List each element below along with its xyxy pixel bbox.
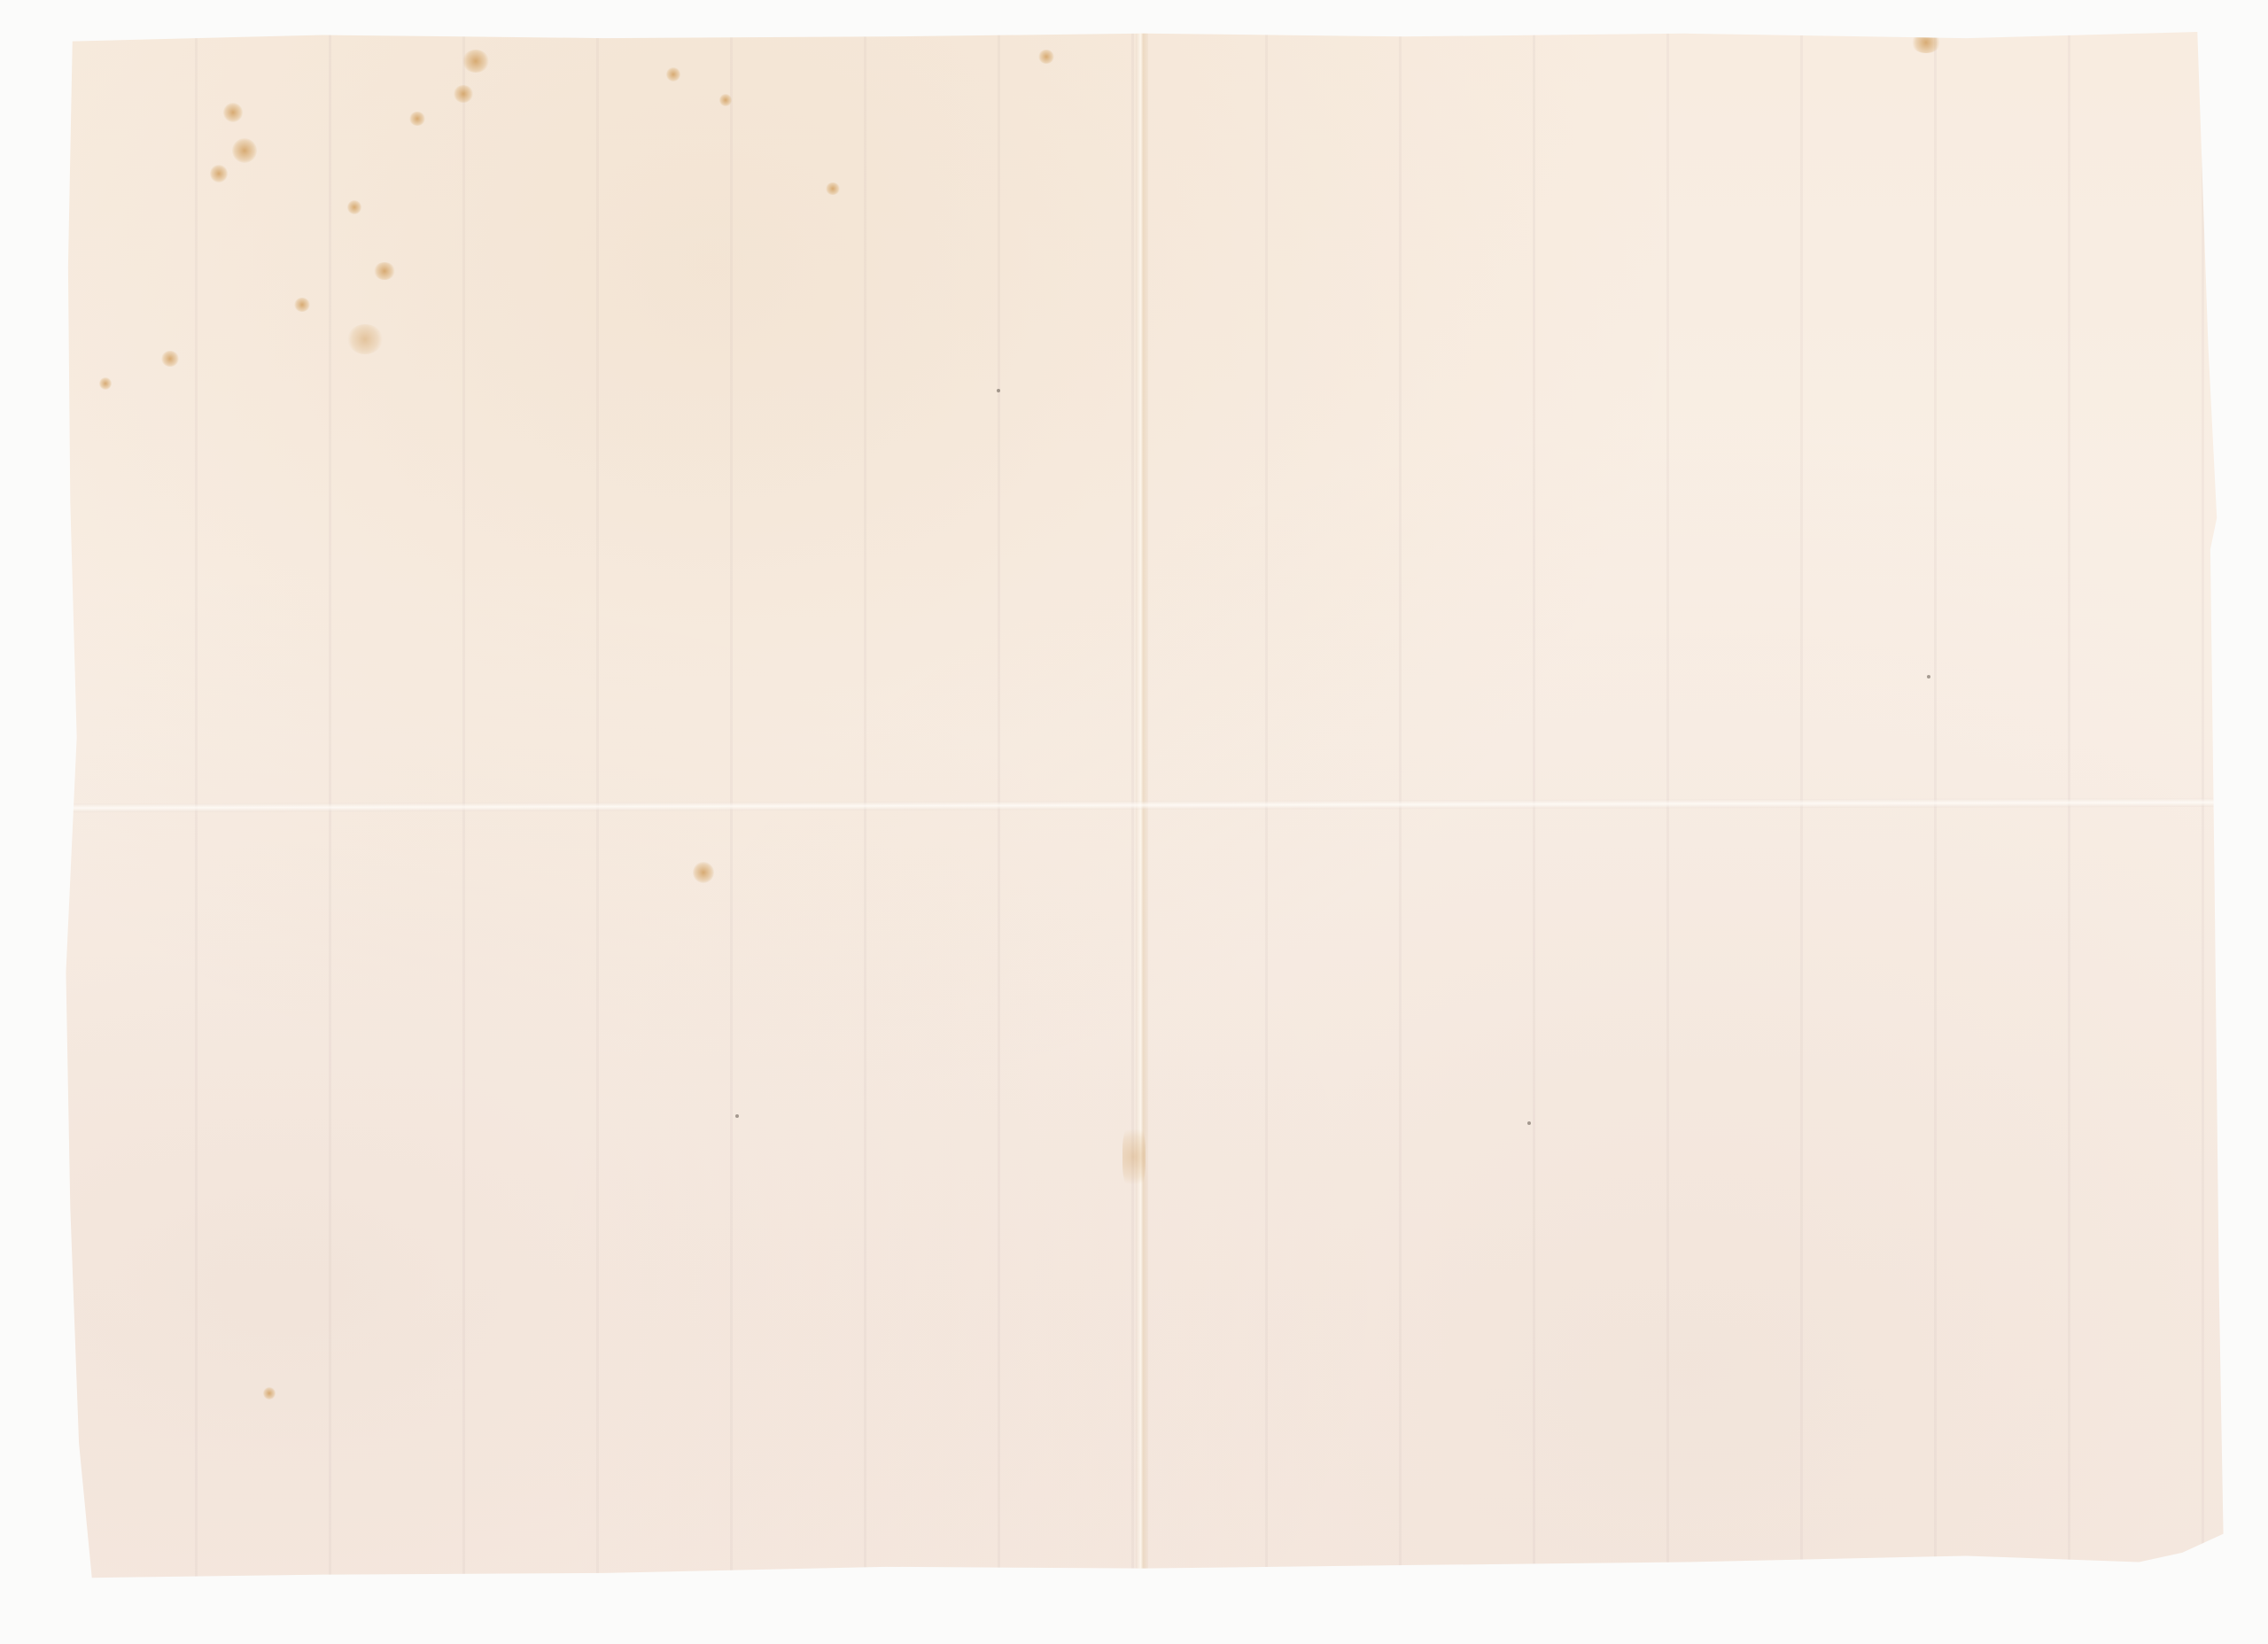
foxing-stain <box>1038 50 1054 64</box>
foxing-stain <box>161 351 179 367</box>
speck <box>735 1114 739 1118</box>
foxing-stain <box>693 862 714 883</box>
foxing-stain <box>826 182 840 195</box>
foxing-stain <box>232 138 257 163</box>
foxing-stain <box>409 112 425 126</box>
foxing-stain <box>454 85 473 103</box>
foxing-stain <box>99 377 112 390</box>
speck <box>1527 1121 1531 1125</box>
vertical-fold-line <box>1136 32 1148 1600</box>
foxing-stain <box>719 94 732 106</box>
foxing-stain <box>347 200 361 214</box>
speck <box>1927 675 1930 679</box>
foxing-stain <box>294 298 310 312</box>
foxing-stain <box>347 324 383 354</box>
paper-sheet <box>64 32 2225 1600</box>
foxing-stain <box>210 165 228 182</box>
foxing-stain <box>223 103 243 122</box>
foxing-stain <box>666 67 680 81</box>
foxing-stain <box>462 50 489 73</box>
foxing-stain <box>1122 1121 1146 1192</box>
speck <box>997 389 1000 392</box>
foxing-stain <box>263 1387 276 1400</box>
foxing-stain <box>374 262 395 280</box>
